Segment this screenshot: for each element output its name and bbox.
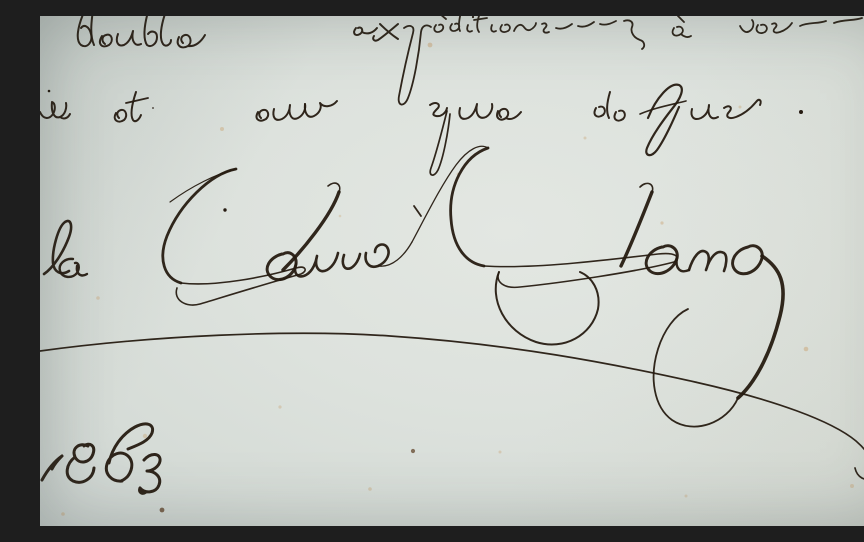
handwritten-line-2: …is et an que dessus .	[40, 85, 803, 175]
date-1863: 1863	[42, 424, 160, 493]
word-is-fragment	[40, 90, 70, 119]
word-et	[115, 92, 154, 122]
word-dessus	[595, 85, 761, 155]
word-a	[673, 16, 691, 37]
signature-flourish	[40, 333, 864, 479]
signature-word-la: …la	[44, 221, 87, 277]
ink-strokes: double expéditions à vos …	[40, 16, 864, 493]
period-dot	[799, 110, 803, 114]
signature-word-louis	[163, 169, 421, 305]
manuscript-photo: double expéditions à vos … …is et an que…	[40, 16, 864, 526]
word-que	[430, 103, 521, 175]
word-expeditions	[354, 16, 644, 105]
handwritten-line-1: double expéditions à vos …	[78, 16, 864, 105]
signature-word-lang	[412, 146, 783, 426]
word-double	[78, 16, 205, 47]
word-vos-fragment	[740, 17, 864, 33]
handwriting-layer: double expéditions à vos …	[40, 16, 864, 526]
foxing-spots-dark	[160, 449, 416, 513]
word-an	[257, 101, 337, 121]
signature-louis-lang: Louis Lang	[163, 146, 783, 426]
